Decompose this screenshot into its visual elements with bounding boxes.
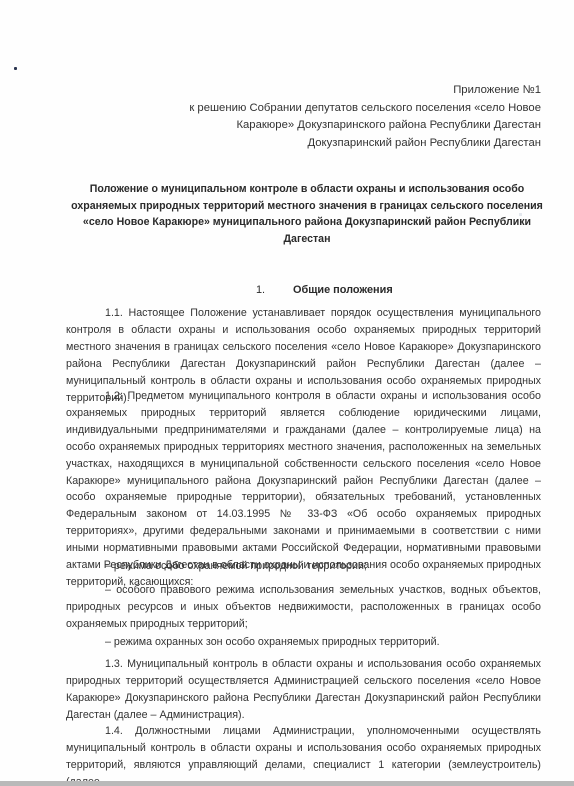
list-item-text: – особого правового режима использования…	[66, 582, 541, 633]
scan-artifact	[14, 67, 17, 70]
list-item: – особого правового режима использования…	[66, 582, 541, 633]
appendix-number: Приложение №1	[181, 82, 541, 100]
document-title: Положение о муниципальном контроле в обл…	[66, 181, 548, 247]
list-item-text: – режима охранных зон особо охраняемых п…	[66, 634, 541, 651]
appendix-header: Приложение №1 к решению Собрании депутат…	[181, 82, 541, 152]
appendix-decision-line: Докузпаринский район Республики Дагестан	[181, 135, 541, 153]
paragraph-1-4: 1.4. Должностными лицами Администрации, …	[66, 723, 541, 786]
paragraph-1-3: 1.3. Муниципальный контроль в области ох…	[66, 656, 541, 724]
list-item-text: – режима особо охраняемой природной терр…	[66, 558, 541, 575]
page-bottom-edge	[0, 781, 574, 786]
section-number: 1.	[256, 284, 265, 296]
appendix-decision-line: к решению Собрании депутатов сельского п…	[181, 100, 541, 118]
paragraph-text: 1.3. Муниципальный контроль в области ох…	[66, 656, 541, 724]
appendix-decision-line: Каракюре» Докузпаринского района Республ…	[181, 117, 541, 135]
paragraph-text: 1.4. Должностными лицами Администрации, …	[66, 723, 541, 786]
document-page: Приложение №1 к решению Собрании депутат…	[0, 0, 574, 781]
section-title: Общие положения	[293, 284, 393, 296]
list-item: – режима особо охраняемой природной терр…	[66, 558, 541, 575]
list-item: – режима охранных зон особо охраняемых п…	[66, 634, 541, 651]
